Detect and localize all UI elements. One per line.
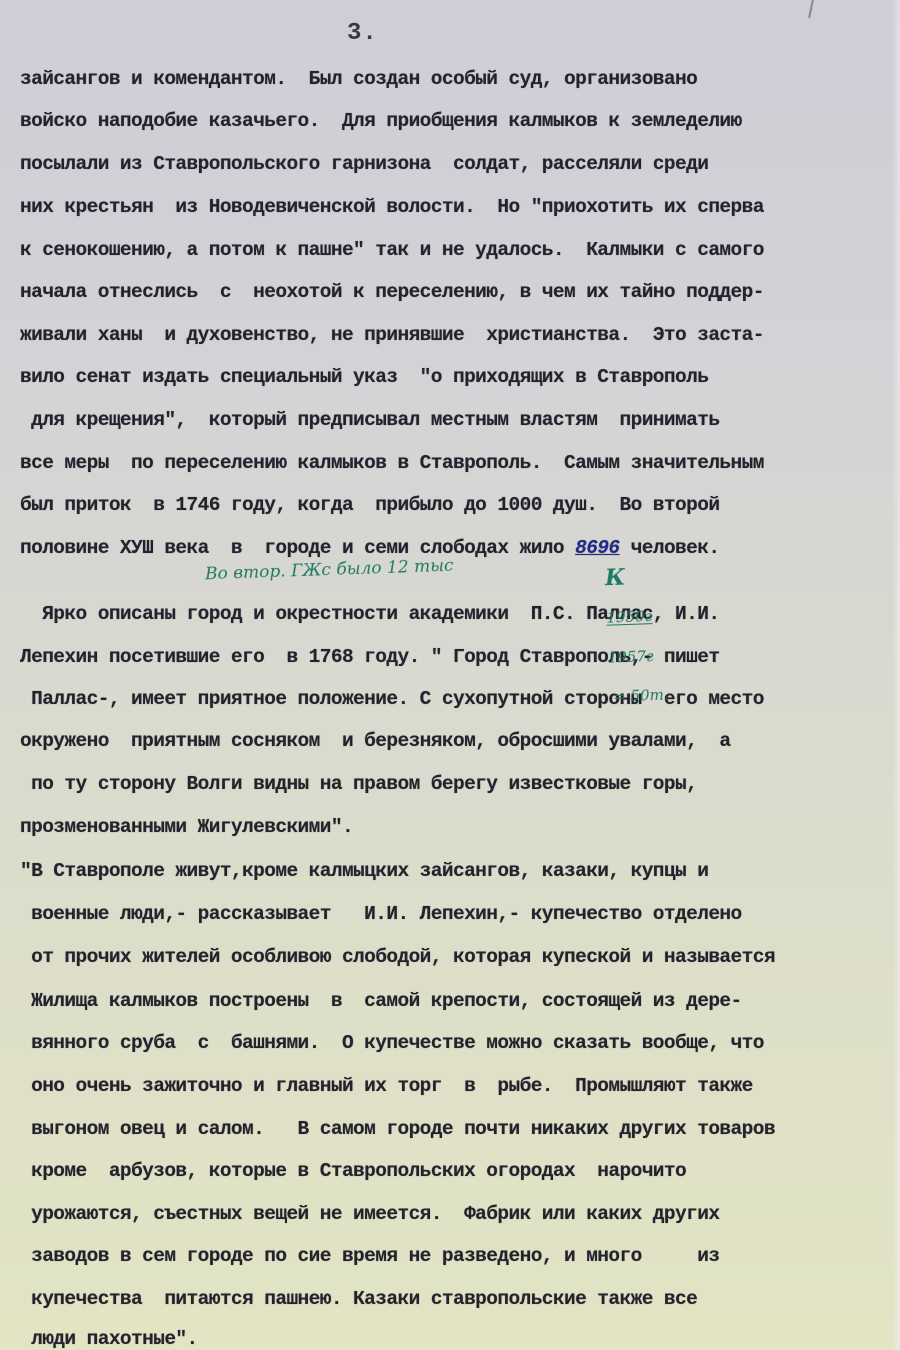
handwritten-note-1950-1957: К 1950г 1957г = 50т. [585,557,669,717]
text-line: по ту сторону Волги видны на правом бере… [20,773,697,795]
page-number: 3. [347,20,378,47]
text-line-content: к сенокошению, а потом к пашне" так и не… [20,239,764,261]
text-line: половине ХУШ века в городе и семи слобод… [20,537,719,559]
text-line: все меры по переселению калмыков в Ставр… [20,452,764,474]
text-line: начала отнеслись с неохотой к переселени… [20,281,764,303]
text-line: живали ханы и духовенство, не принявшие … [20,324,764,346]
text-line-content: был приток в 1746 году, когда прибыло до… [20,494,719,516]
text-line-content: половине ХУШ века в городе и семи слобод… [20,537,575,559]
text-line: урожаются, съестных вещей не имеется. Фа… [20,1203,719,1225]
text-line: выгоном овец и салом. В самом городе поч… [20,1118,775,1140]
text-line: вило сенат издать специальный указ "о пр… [20,366,708,388]
handwritten-note-population: Во втор. ГЖс было 12 тыс [205,556,454,585]
text-line: посылали из Ставропольского гарнизона со… [20,153,708,175]
text-line: оно очень зажиточно и главный их торг в … [20,1075,753,1097]
text-line: войско наподобие казачьего. Для приобщен… [20,110,742,132]
fraction-bottom: 1957г [608,650,654,665]
text-line: военные люди,- рассказывает И.И. Лепехин… [20,903,742,925]
text-line: люди пахотные". [20,1328,198,1350]
text-line-content: живали ханы и духовенство, не принявшие … [20,324,764,346]
handwritten-underlined-number: 8696 [575,537,619,559]
text-line: кроме арбузов, которые в Ставропольских … [20,1160,686,1182]
document-page: 3. зайсангов и комендантом. Был создан о… [0,0,900,1350]
pen-stroke-mark [808,0,814,18]
text-line: "В Ставрополе живут,кроме калмыцких зайс… [20,860,708,882]
text-line: от прочих жителей особливою слободой, ко… [20,946,775,968]
text-line: к сенокошению, а потом к пашне" так и не… [20,239,764,261]
text-line-content: посылали из Ставропольского гарнизона со… [20,153,708,175]
text-line-content: зайсангов и комендантом. Был создан особ… [20,68,697,90]
text-line: купечества питаются пашнею. Казаки ставр… [20,1288,697,1310]
text-line: был приток в 1746 году, когда прибыло до… [20,494,719,516]
text-line: зайсангов и комендантом. Был создан особ… [20,68,697,90]
text-line: для крещения", который предписывал местн… [20,409,719,431]
text-line: окружено приятным сосняком и березняком,… [20,730,731,752]
page-edge [892,0,900,1350]
handwritten-value: = 50т. [613,685,669,705]
text-line: Жилища калмыков построены в самой крепос… [20,990,742,1012]
text-line-content: все меры по переселению калмыков в Ставр… [20,452,764,474]
handwritten-fraction: 1950г 1957г [605,584,654,691]
text-line-content: войско наподобие казачьего. Для приобщен… [20,110,742,132]
text-line-tail: человек. [620,537,720,559]
text-line-content: них крестьян из Новодевиченской волости.… [20,196,764,218]
text-line: прозменованными Жигулевскими". [20,816,353,838]
text-line: них крестьян из Новодевиченской волости.… [20,196,764,218]
text-line-content: начала отнеслись с неохотой к переселени… [20,281,764,303]
text-line: вянного сруба с башнями. О купечестве мо… [20,1032,764,1054]
text-line: заводов в сем городе по сие время не раз… [20,1245,719,1267]
text-line-content: для крещения", который предписывал местн… [20,409,719,431]
text-line-content: вило сенат издать специальный указ "о пр… [20,366,708,388]
fraction-top: 1950г [606,610,652,626]
